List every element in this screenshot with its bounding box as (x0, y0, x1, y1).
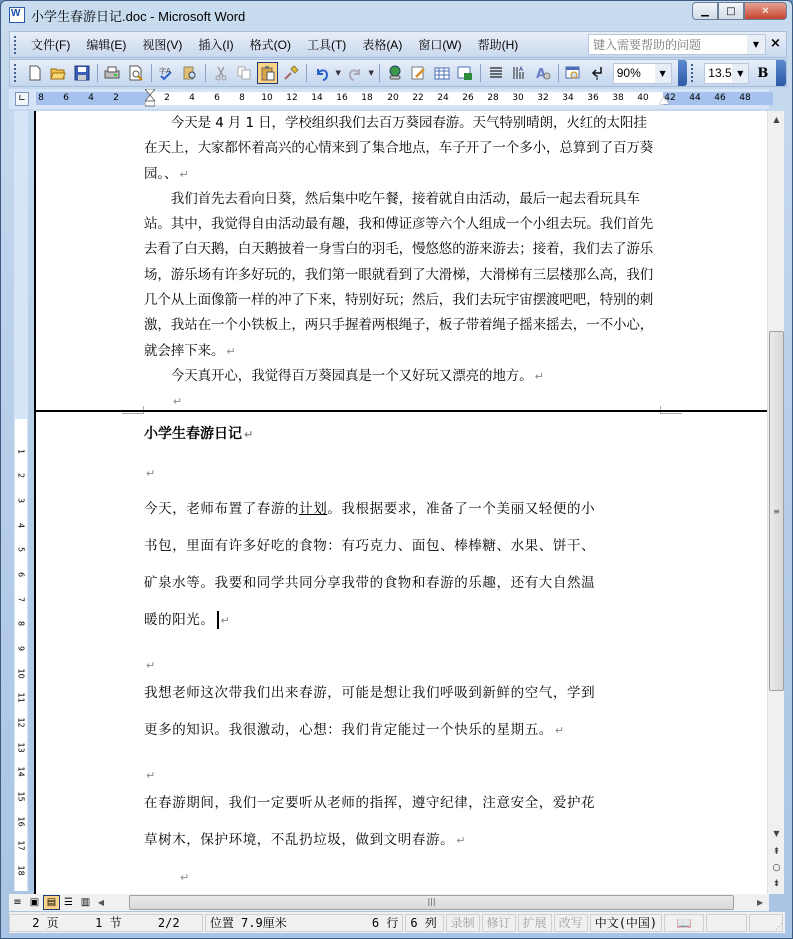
drawing-button[interactable] (407, 62, 429, 84)
ruler-number: 28 (487, 93, 498, 103)
scroll-left-icon: ◀ (98, 898, 104, 907)
paste-icon (260, 65, 276, 81)
text-run (144, 393, 171, 409)
paragraph-mark-icon: ↵ (555, 724, 565, 737)
text-line: 我们首先去看向日葵，然后集中吃午餐，接着就自由活动，最后一起去看玩具车 (144, 187, 664, 212)
text-direction-icon: A (511, 65, 527, 81)
text-run: 更多的知识。我很激动，心想：我们肯定能过一个快乐的星期五。 (144, 722, 553, 738)
grip-icon: ≡ (773, 507, 780, 516)
menu-table[interactable]: 表格(A) (354, 36, 410, 53)
print-layout-icon: ▤ (47, 897, 56, 908)
scroll-down-button[interactable]: ▼ (768, 825, 785, 841)
outline-view-icon: ☰ (64, 897, 73, 908)
scroll-up-icon: ▲ (773, 115, 779, 124)
toolbar-separator (379, 64, 380, 82)
spelling-book-icon: 📖 (677, 916, 692, 930)
text-run: 。我根据要求，准备了一个美丽又轻便的小 (327, 501, 595, 517)
paragraph-mark-icon: ↵ (226, 345, 235, 358)
status-page-of: 2/2 (158, 916, 180, 930)
text-run: 在春游期间，我们一定要听从老师的指挥，遵守纪律，注意安全，爱护花 (144, 795, 595, 811)
ruler-number: 38 (612, 93, 623, 103)
paragraph-1[interactable]: 今天，老师布置了春游的计划。我根据要求，准备了一个美丽又轻便的小 书包，里面有许… (144, 491, 664, 639)
text-run: 在天上，大家都怀着高兴的心情来到了集合地点，车子开了一个多小，总算到了百万葵 (144, 140, 653, 156)
ruler-number: 8 (239, 93, 245, 103)
insert-excel-icon (457, 65, 473, 81)
help-question-box: ▼ (588, 34, 766, 55)
show-hide-marks-button[interactable] (586, 62, 608, 84)
formatting-toolbar-grip[interactable] (691, 64, 694, 82)
ruler-number: 3 (17, 496, 26, 506)
svg-text:A: A (519, 66, 524, 73)
menubar-grip[interactable] (14, 36, 17, 54)
ruler-number: 20 (387, 93, 398, 103)
ruler-number: 8 (38, 93, 44, 103)
page1-text[interactable]: 今天是 4 月 1 日，学校组织我们去百万葵园春游。天气特别晴朗，火红的太阳挂 … (144, 111, 664, 415)
ruler-number: 36 (587, 93, 598, 103)
chevron-down-icon[interactable]: ▼ (655, 64, 671, 83)
zoom-value: 90% (614, 66, 655, 80)
vertical-ruler[interactable]: 1 2 3 4 5 6 7 8 9 10 11 12 13 14 15 16 1… (14, 111, 28, 891)
horizontal-scroll-thumb[interactable]: ||| (129, 895, 734, 910)
reading-layout-icon: ▥ (81, 897, 90, 908)
text-run: 就会摔下来。 (144, 343, 224, 359)
text-line: 在天上，大家都怀着高兴的心情来到了集合地点，车子开了一个多小，总算到了百万葵 (144, 136, 664, 161)
empty-paragraph[interactable]: ↵ (144, 657, 664, 673)
grammar-underlined-text: 计划 (299, 501, 327, 517)
research-icon (182, 65, 198, 81)
text-line: 站。其中，我觉得自由活动最有趣，我和傅证彦等六个人组成一个小组去玩。我们首先 (144, 212, 664, 237)
normal-view-icon: ≡ (13, 897, 21, 908)
text-line: 今天真开心，我觉得百万葵园真是一个又好玩又漂亮的地方。↵ (144, 364, 664, 389)
redo-dropdown-icon[interactable]: ▼ (368, 69, 373, 77)
text-direction-button[interactable]: A (509, 62, 531, 84)
next-page-button[interactable]: ⇟ (768, 877, 785, 891)
ruler-number: 34 (562, 93, 573, 103)
web-layout-icon: ▣ (30, 897, 39, 908)
show-hide-marks-icon (589, 65, 605, 81)
text-line: 暖的阳光。↵ (144, 602, 664, 639)
resize-grip-icon[interactable]: ⋰ (775, 922, 783, 931)
paragraph-mark-icon: ↵ (180, 871, 189, 884)
document-area[interactable]: 今天是 4 月 1 日，学校组织我们去百万葵园春游。天气特别晴朗，火红的太阳挂 … (34, 111, 767, 894)
ruler-number: 6 (63, 93, 69, 103)
grip-icon: ||| (427, 897, 435, 906)
formatting-toolbar-options-button[interactable] (776, 60, 786, 86)
insert-excel-button[interactable] (454, 62, 476, 84)
text-line: 几个从上面像箭一样的冲了下来，特别好玩；然后，我们去玩宇宙摆渡吧吧，特别的刺 (144, 288, 664, 313)
extend-selection-toggle[interactable]: 扩展 (518, 914, 552, 932)
horizontal-scrollbar-row: ≡ ▣ ▤ ☰ ▥ ◀ ||| ▶ (9, 894, 769, 911)
save-button[interactable] (71, 62, 93, 84)
extend-label: 扩展 (523, 914, 547, 931)
text-line: 园。、↵ (144, 162, 664, 187)
window-title: 小学生春游日记.doc - Microsoft Word (31, 6, 245, 25)
previous-page-button[interactable]: ⇞ (768, 845, 785, 859)
redo-icon (347, 65, 363, 81)
page-boundary (36, 410, 767, 412)
paragraph-mark-icon: ↵ (535, 370, 544, 383)
toolbar-separator (151, 64, 152, 82)
print-button[interactable] (102, 62, 124, 84)
ruler-number: 11 (17, 693, 26, 703)
scroll-right-icon: ▶ (757, 898, 763, 907)
print-preview-button[interactable] (125, 62, 147, 84)
menu-help[interactable]: 帮助(H) (470, 36, 527, 53)
text-line: 今天，老师布置了春游的计划。我根据要求，准备了一个美丽又轻便的小 (144, 491, 664, 528)
help-question-input[interactable] (589, 35, 747, 54)
ruler-number: 4 (88, 93, 94, 103)
document-map-icon (565, 65, 581, 81)
paragraph-mark-icon: ↵ (244, 428, 253, 441)
browse-object-icon: ○ (773, 863, 781, 873)
ruler-number: 5 (17, 545, 26, 555)
empty-paragraph[interactable]: ↵ (144, 465, 664, 481)
track-changes-toggle[interactable]: 修订 (482, 914, 516, 932)
font-size-value: 13.5 (705, 66, 732, 80)
paragraph-mark-icon: ↵ (146, 467, 155, 480)
ruler-number: 2 (17, 471, 26, 481)
ruler-number: 48 (739, 93, 750, 103)
zoom-combobox[interactable]: 90% ▼ (613, 63, 672, 84)
status-bar: 2 页 1 节 2/2 位置 7.9厘米 6 行 6 列 录制 修订 扩展 改写… (9, 912, 785, 933)
ruler-number: 42 (664, 93, 675, 103)
tab-selector[interactable]: ∟ (15, 92, 29, 106)
ruler-number: 32 (537, 93, 548, 103)
print-preview-icon (128, 65, 144, 81)
text-line: 我想老师这次带我们出来春游，可能是想让我们呼吸到新鲜的空气，学到 (144, 675, 664, 712)
toolbar-separator (480, 64, 481, 82)
cut-icon (213, 65, 229, 81)
text-run: 场，游乐场有许多好玩的，我们第一眼就看到了大滑梯，大滑梯有三层楼那么高，我们 (144, 267, 653, 283)
text-line: 书包，里面有许多好吃的食物：有巧克力、面包、棒棒糖、水果、饼干、 (144, 528, 664, 565)
reading-layout-button[interactable]: ▥ (77, 895, 94, 910)
cut-button[interactable] (210, 62, 232, 84)
status-section: 1 节 (95, 914, 121, 931)
menu-bar: 文件(F) 编辑(E) 视图(V) 插入(I) 格式(O) 工具(T) 表格(A… (9, 31, 787, 58)
text-run: 今天真开心，我觉得百万葵园真是一个又好玩又漂亮的地方。 (144, 368, 533, 384)
text-run: 矿泉水等。我要和同学共同分享我带的食物和春游的乐趣，还有大自然温 (144, 575, 595, 591)
ruler-number: 1 (17, 447, 26, 457)
next-page-icon: ⇟ (773, 879, 781, 889)
text-cursor (217, 611, 219, 629)
text-run: 我们首先去看向日葵，然后集中吃午餐，接着就自由活动，最后一起去看玩具车 (144, 191, 640, 207)
maximize-button[interactable]: □ (718, 2, 744, 20)
hyperlink-button[interactable] (384, 62, 406, 84)
text-line: 去看了白天鹅，白天鹅披着一身雪白的羽毛，慢悠悠的游来游去；接着，我们去了游乐 (144, 237, 664, 262)
text-line: 在春游期间，我们一定要听从老师的指挥，遵守纪律，注意安全，爱护花 (144, 785, 664, 822)
ruler-number: 46 (714, 93, 725, 103)
research-button[interactable] (179, 62, 201, 84)
format-painter-icon (283, 65, 299, 81)
spelling-button[interactable]: 字A (156, 62, 178, 84)
open-button[interactable] (48, 62, 70, 84)
print-icon (104, 65, 120, 81)
spelling-status[interactable]: 📖 (664, 914, 704, 932)
chevron-down-icon: ▼ (753, 40, 759, 49)
scroll-up-button[interactable]: ▲ (768, 111, 785, 127)
ruler-number: 44 (689, 93, 700, 103)
paragraph-2[interactable]: 我想老师这次带我们出来春游，可能是想让我们呼吸到新鲜的空气，学到 更多的知识。我… (144, 675, 664, 749)
ruler-number: 18 (361, 93, 372, 103)
toolbar-separator (97, 64, 98, 82)
spelling-icon: 字A (158, 65, 174, 81)
menu-edit[interactable]: 编辑(E) (78, 36, 134, 53)
menu-file[interactable]: 文件(F) (23, 36, 78, 53)
text-run: 暖的阳光。 (144, 612, 215, 628)
record-label: 录制 (451, 914, 475, 931)
paragraph-3[interactable]: 在春游期间，我们一定要听从老师的指挥，遵守纪律，注意安全，爱护花 草树木，保护环… (144, 785, 664, 859)
ruler-number: 6 (214, 93, 220, 103)
ruler-number: 12 (17, 718, 26, 728)
status-column-cell: 6 列 (405, 914, 443, 932)
undo-button[interactable] (311, 62, 333, 84)
ruler-number: 40 (637, 93, 648, 103)
text-line: 今天是 4 月 1 日，学校组织我们去百万葵园春游。天气特别晴朗，火红的太阳挂 (144, 111, 664, 136)
toolbar-grip[interactable] (14, 64, 17, 82)
text-line: 矿泉水等。我要和同学共同分享我带的食物和春游的乐趣，还有大自然温 (144, 565, 664, 602)
text-run: 我想老师这次带我们出来春游，可能是想让我们呼吸到新鲜的空气，学到 (144, 685, 595, 701)
hyperlink-icon (387, 65, 403, 81)
chevron-down-icon[interactable]: ▼ (732, 64, 748, 83)
ruler-number: 12 (286, 93, 297, 103)
status-empty-cell (706, 914, 746, 932)
minimize-button[interactable]: ▁ (692, 2, 718, 20)
ruler-text-area (150, 92, 663, 105)
ruler-number: 18 (17, 866, 26, 876)
menu-insert[interactable]: 插入(I) (190, 36, 241, 53)
text-run: 草树木，保护环境，不乱扔垃圾，做到文明春游。 (144, 832, 454, 848)
text-line: 就会摔下来。↵ (144, 339, 664, 364)
new-document-icon (27, 65, 43, 81)
normal-view-button[interactable]: ≡ (9, 895, 26, 910)
first-line-indent-marker[interactable] (145, 89, 155, 107)
paragraph-mark-icon: ↵ (179, 168, 188, 181)
document-title[interactable]: 小学生春游日记↵ (144, 423, 664, 443)
text-run: 今天是 4 月 1 日，学校组织我们去百万葵园春游。天气特别晴朗，火红的太阳挂 (144, 115, 647, 131)
open-icon (50, 65, 66, 81)
paragraph-mark-icon: ↵ (221, 614, 231, 627)
previous-page-icon: ⇞ (773, 847, 781, 857)
paragraph-mark-icon: ↵ (146, 769, 155, 782)
language-label: 中文(中国) (595, 914, 657, 931)
ruler-number: 2 (113, 93, 119, 103)
status-line: 6 行 (372, 914, 398, 931)
ruler-number: 8 (17, 619, 26, 629)
ruler-number: 10 (261, 93, 272, 103)
select-browse-object-button[interactable]: ○ (768, 861, 785, 875)
toolbar-separator (558, 64, 559, 82)
title-bar: 小学生春游日记.doc - Microsoft Word ▁ □ ✕ (1, 1, 792, 29)
title-text: 小学生春游日记 (144, 426, 242, 442)
document-map-button[interactable] (563, 62, 585, 84)
ruler-number: 26 (462, 93, 473, 103)
ruler-number: 14 (311, 93, 322, 103)
empty-paragraph[interactable]: ↵ (144, 767, 664, 783)
font-size-combobox[interactable]: 13.5 ▼ (704, 63, 749, 84)
wordart-button[interactable]: A (532, 62, 554, 84)
toolbar-separator (306, 64, 307, 82)
text-line: 场，游乐场有许多好玩的，我们第一眼就看到了大滑梯，大滑梯有三层楼那么高，我们 (144, 263, 664, 288)
toolbar-separator (205, 64, 206, 82)
columns-button[interactable] (485, 62, 507, 84)
page-info[interactable]: 2 页 1 节 2/2 (9, 914, 203, 932)
ruler-number: 17 (17, 841, 26, 851)
paragraph-mark-icon: ↵ (456, 834, 466, 847)
redo-button[interactable] (344, 62, 366, 84)
ruler-number: 16 (336, 93, 347, 103)
close-button[interactable]: ✕ (744, 2, 787, 20)
paragraph-mark-icon: ↵ (146, 659, 155, 672)
text-run: 今天，老师布置了春游的 (144, 501, 299, 517)
ruler-number: 13 (17, 743, 26, 753)
ruler-number: 9 (17, 644, 26, 654)
word-app-icon[interactable] (9, 7, 25, 23)
undo-icon (314, 65, 330, 81)
position-info[interactable]: 位置 7.9厘米 6 行 (205, 914, 404, 932)
vertical-scrollbar[interactable]: ▲ ≡ ▼ ⇞ ○ ⇟ (767, 111, 784, 894)
ruler-number: 4 (189, 93, 195, 103)
status-position: 位置 7.9厘米 (210, 914, 287, 931)
ruler-number: 14 (17, 767, 26, 777)
status-page: 2 页 (32, 914, 58, 931)
text-run: 站。其中，我觉得自由活动最有趣，我和傅证彦等六个人组成一个小组去玩。我们首先 (144, 216, 653, 232)
minimize-icon: ▁ (701, 6, 709, 17)
track-label: 修订 (487, 914, 511, 931)
scroll-down-icon: ▼ (773, 829, 779, 838)
menu-view[interactable]: 视图(V) (134, 36, 190, 53)
help-dropdown-button[interactable]: ▼ (747, 35, 765, 54)
overtype-toggle[interactable]: 改写 (554, 914, 588, 932)
scroll-left-button[interactable]: ◀ (94, 898, 108, 907)
text-run: 去看了白天鹅，白天鹅披着一身雪白的羽毛，慢悠悠的游来游去；接着，我们去了游乐 (144, 241, 653, 257)
text-run: 几个从上面像箭一样的冲了下来，特别好玩；然后，我们去玩宇宙摆渡吧吧，特别的刺 (144, 292, 653, 308)
insert-table-button[interactable] (431, 62, 453, 84)
scroll-right-button[interactable]: ▶ (757, 898, 763, 907)
columns-icon (488, 65, 504, 81)
horizontal-ruler[interactable]: ∟ 8 6 4 2 2 4 6 8 10 12 14 16 18 20 22 2… (9, 89, 769, 109)
toolbar-options-button[interactable] (678, 60, 688, 86)
text-line: 更多的知识。我很激动，心想：我们肯定能过一个快乐的星期五。↵ (144, 712, 664, 749)
macro-record-toggle[interactable]: 录制 (446, 914, 480, 932)
word-window: 小学生春游日记.doc - Microsoft Word ▁ □ ✕ 文件(F)… (0, 0, 793, 939)
menu-format[interactable]: 格式(O) (242, 36, 299, 53)
insert-table-icon (434, 65, 450, 81)
new-button[interactable] (24, 62, 46, 84)
status-column: 6 列 (410, 914, 436, 931)
standard-toolbar: 字A ▼ ▼ A A 90% ▼ 13.5 ▼ B (9, 59, 787, 87)
text-run: 书包，里面有许多好吃的食物：有巧克力、面包、棒棒糖、水果、饼干、 (144, 538, 595, 554)
ruler-number: 7 (17, 595, 26, 605)
ruler-number: 4 (17, 521, 26, 531)
ruler-number: 30 (512, 93, 523, 103)
ruler-number: 24 (437, 93, 448, 103)
paragraph-mark-icon: ↵ (173, 395, 182, 408)
ruler-number: 6 (17, 570, 26, 580)
print-layout-view-button[interactable]: ▤ (43, 895, 60, 910)
ruler-number: 15 (17, 792, 26, 802)
ruler-number: 16 (17, 817, 26, 827)
maximize-icon: □ (726, 6, 735, 17)
close-document-button[interactable]: × (770, 36, 781, 51)
wordart-icon: A (535, 65, 551, 81)
empty-paragraph[interactable]: ↵ (178, 869, 698, 885)
copy-icon (236, 65, 252, 81)
menu-window[interactable]: 窗口(W) (410, 36, 469, 53)
vertical-scroll-thumb[interactable]: ≡ (769, 331, 784, 691)
bold-button[interactable]: B (757, 66, 768, 81)
text-line: 激，我站在一个小铁板上，两只手握着两根绳子，板子带着绳子摇来摇去，一不小心， (144, 313, 664, 338)
ruler-number: 2 (164, 93, 170, 103)
window-controls: ▁ □ ✕ (692, 2, 787, 20)
format-painter-button[interactable] (280, 62, 302, 84)
save-icon (74, 65, 90, 81)
overtype-label: 改写 (559, 914, 583, 931)
close-icon: ✕ (761, 6, 769, 17)
ruler-number: 10 (17, 669, 26, 679)
text-line: 草树木，保护环境，不乱扔垃圾，做到文明春游。↵ (144, 822, 664, 859)
drawing-icon (410, 65, 426, 81)
text-run: 园。、 (144, 166, 177, 182)
paste-button[interactable] (257, 62, 279, 84)
copy-button[interactable] (233, 62, 255, 84)
text-run: 激，我站在一个小铁板上，两只手握着两根绳子，板子带着绳子摇来摇去，一不小心， (144, 317, 653, 333)
menu-tools[interactable]: 工具(T) (299, 36, 354, 53)
language-indicator[interactable]: 中文(中国) (590, 914, 662, 932)
undo-dropdown-icon[interactable]: ▼ (336, 69, 341, 77)
outline-view-button[interactable]: ☰ (60, 895, 77, 910)
web-layout-view-button[interactable]: ▣ (26, 895, 43, 910)
ruler-number: 22 (412, 93, 423, 103)
